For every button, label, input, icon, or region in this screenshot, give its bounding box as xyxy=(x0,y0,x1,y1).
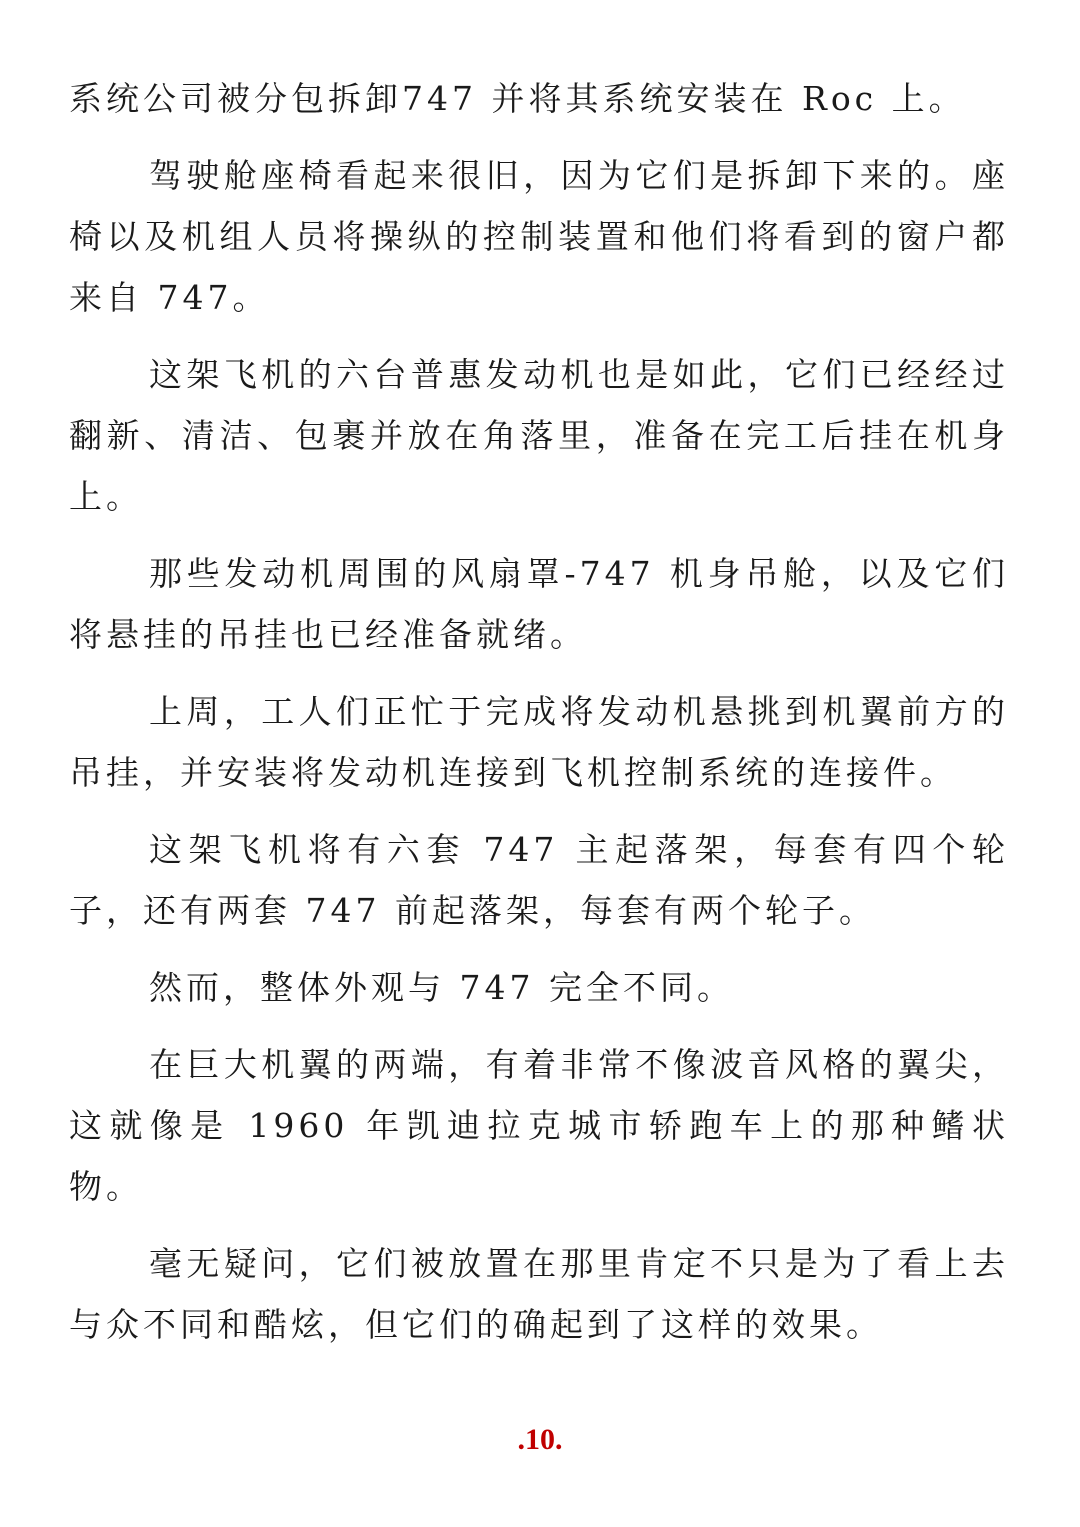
document-body: 系统公司被分包拆卸747 并将其系统安装在 Roc 上。 驾驶舱座椅看起来很旧，… xyxy=(69,68,1009,1371)
paragraph-7: 然而，整体外观与 747 完全不同。 xyxy=(69,957,1009,1018)
paragraph-5: 上周，工人们正忙于完成将发动机悬挑到机翼前方的吊挂，并安装将发动机连接到飞机控制… xyxy=(69,681,1009,803)
paragraph-9: 毫无疑问，它们被放置在那里肯定不只是为了看上去与众不同和酷炫，但它们的确起到了这… xyxy=(69,1233,1009,1355)
paragraph-3: 这架飞机的六台普惠发动机也是如此，它们已经经过翻新、清洁、包裹并放在角落里，准备… xyxy=(69,344,1009,527)
paragraph-8: 在巨大机翼的两端，有着非常不像波音风格的翼尖，这就像是 1960 年凯迪拉克城市… xyxy=(69,1034,1009,1217)
paragraph-4: 那些发动机周围的风扇罩-747 机身吊舱，以及它们将悬挂的吊挂也已经准备就绪。 xyxy=(69,543,1009,665)
paragraph-2: 驾驶舱座椅看起来很旧，因为它们是拆卸下来的。座椅以及机组人员将操纵的控制装置和他… xyxy=(69,145,1009,328)
page-number: .10. xyxy=(0,1423,1080,1457)
paragraph-6: 这架飞机将有六套 747 主起落架，每套有四个轮子，还有两套 747 前起落架，… xyxy=(69,819,1009,941)
paragraph-1: 系统公司被分包拆卸747 并将其系统安装在 Roc 上。 xyxy=(69,68,1009,129)
